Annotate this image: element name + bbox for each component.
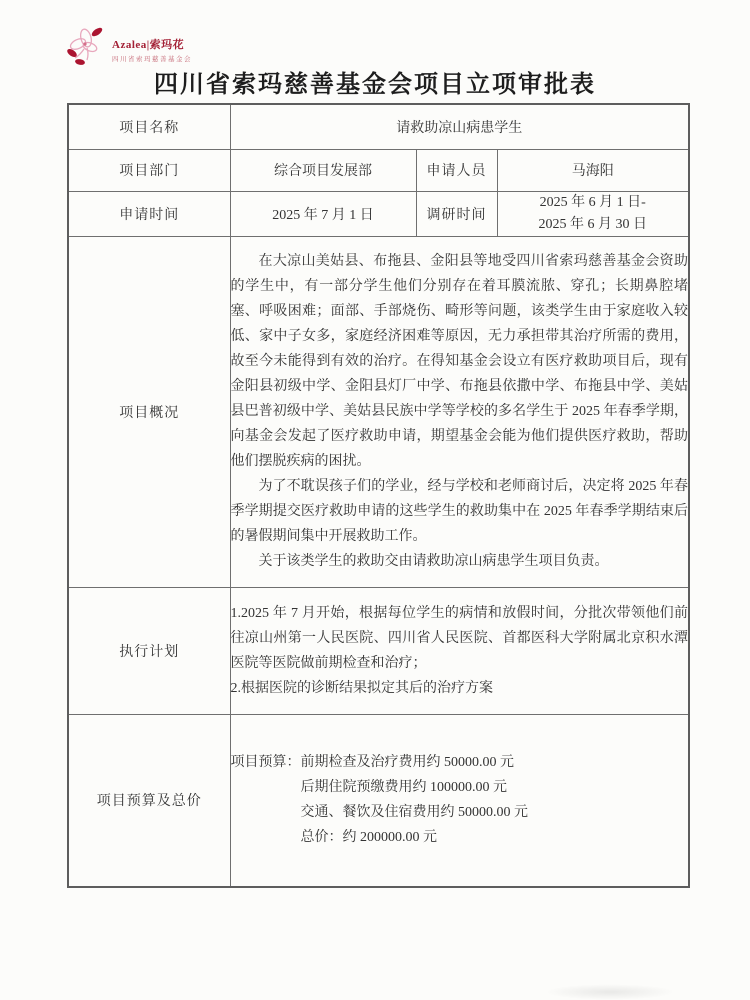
overview-label: 项目概况 xyxy=(68,236,230,587)
row-department: 项目部门 综合项目发展部 申请人员 马海阳 xyxy=(68,149,689,191)
foundation-logo: Azalea|索玛花 四川省索玛慈善基金会 xyxy=(64,22,192,68)
row-overview: 项目概况 在大凉山美姑县、布拖县、金阳县等地受四川省索玛慈善基金会资助的学生中，… xyxy=(68,236,689,587)
project-name-value: 请救助凉山病患学生 xyxy=(230,104,689,149)
row-project-name: 项目名称 请救助凉山病患学生 xyxy=(68,104,689,149)
applicant-value: 马海阳 xyxy=(497,149,689,191)
project-name-label: 项目名称 xyxy=(68,104,230,149)
plan-step-1: 1.2025 年 7 月开始，根据每位学生的病情和放假时间，分批次带领他们前往凉… xyxy=(231,601,689,676)
research-time-line2: 2025 年 6 月 30 日 xyxy=(498,214,689,236)
overview-text: 在大凉山美姑县、布拖县、金阳县等地受四川省索玛慈善基金会资助的学生中，有一部分学… xyxy=(230,236,689,587)
row-times: 申请时间 2025 年 7 月 1 日 调研时间 2025 年 6 月 1 日-… xyxy=(68,191,689,236)
form-title: 四川省索玛慈善基金会项目立项审批表 xyxy=(0,64,750,99)
research-time-label: 调研时间 xyxy=(416,191,497,236)
research-time-line1: 2025 年 6 月 1 日- xyxy=(498,192,689,214)
budget-line-4: 总价：约 200000.00 元 xyxy=(301,825,529,850)
logo-brand-text: Azalea|索玛花 xyxy=(112,36,192,52)
overview-paragraph-3: 关于该类学生的救助交由请救助凉山病患学生项目负责。 xyxy=(231,549,689,574)
approval-form-table: 项目名称 请救助凉山病患学生 项目部门 综合项目发展部 申请人员 马海阳 申请时… xyxy=(67,103,690,888)
research-time-value: 2025 年 6 月 1 日- 2025 年 6 月 30 日 xyxy=(497,191,689,236)
document-page: Azalea|索玛花 四川省索玛慈善基金会 四川省索玛慈善基金会项目立项审批表 … xyxy=(0,0,750,1000)
department-label: 项目部门 xyxy=(68,149,230,191)
budget-label: 项目预算及总价 xyxy=(68,714,230,887)
budget-prefix: 项目预算： xyxy=(231,750,301,775)
row-budget: 项目预算及总价 项目预算： 前期检查及治疗费用约 50000.00 元 后期住院… xyxy=(68,714,689,887)
plan-label: 执行计划 xyxy=(68,587,230,714)
department-value: 综合项目发展部 xyxy=(230,149,416,191)
apply-time-value: 2025 年 7 月 1 日 xyxy=(230,191,416,236)
logo-subtitle-text: 四川省索玛慈善基金会 xyxy=(112,54,192,63)
scan-artifact xyxy=(545,984,675,1000)
budget-line-2: 后期住院预缴费用约 100000.00 元 xyxy=(301,775,529,800)
overview-paragraph-1: 在大凉山美姑县、布拖县、金阳县等地受四川省索玛慈善基金会资助的学生中，有一部分学… xyxy=(231,249,689,474)
budget-line-3: 交通、餐饮及住宿费用约 50000.00 元 xyxy=(301,800,529,825)
applicant-label: 申请人员 xyxy=(416,149,497,191)
budget-line-1: 前期检查及治疗费用约 50000.00 元 xyxy=(301,750,529,775)
logo-text-block: Azalea|索玛花 四川省索玛慈善基金会 xyxy=(112,36,192,63)
plan-text: 1.2025 年 7 月开始，根据每位学生的病情和放假时间，分批次带领他们前往凉… xyxy=(230,587,689,714)
plan-step-2: 2.根据医院的诊断结果拟定其后的治疗方案 xyxy=(231,676,689,701)
overview-paragraph-2: 为了不耽误孩子们的学业，经与学校和老师商讨后，决定将 2025 年春季学期提交医… xyxy=(231,474,689,549)
budget-lines: 前期检查及治疗费用约 50000.00 元 后期住院预缴费用约 100000.0… xyxy=(301,750,529,850)
budget-text: 项目预算： 前期检查及治疗费用约 50000.00 元 后期住院预缴费用约 10… xyxy=(230,714,689,887)
row-plan: 执行计划 1.2025 年 7 月开始，根据每位学生的病情和放假时间，分批次带领… xyxy=(68,587,689,714)
azalea-flower-icon xyxy=(64,22,110,68)
apply-time-label: 申请时间 xyxy=(68,191,230,236)
